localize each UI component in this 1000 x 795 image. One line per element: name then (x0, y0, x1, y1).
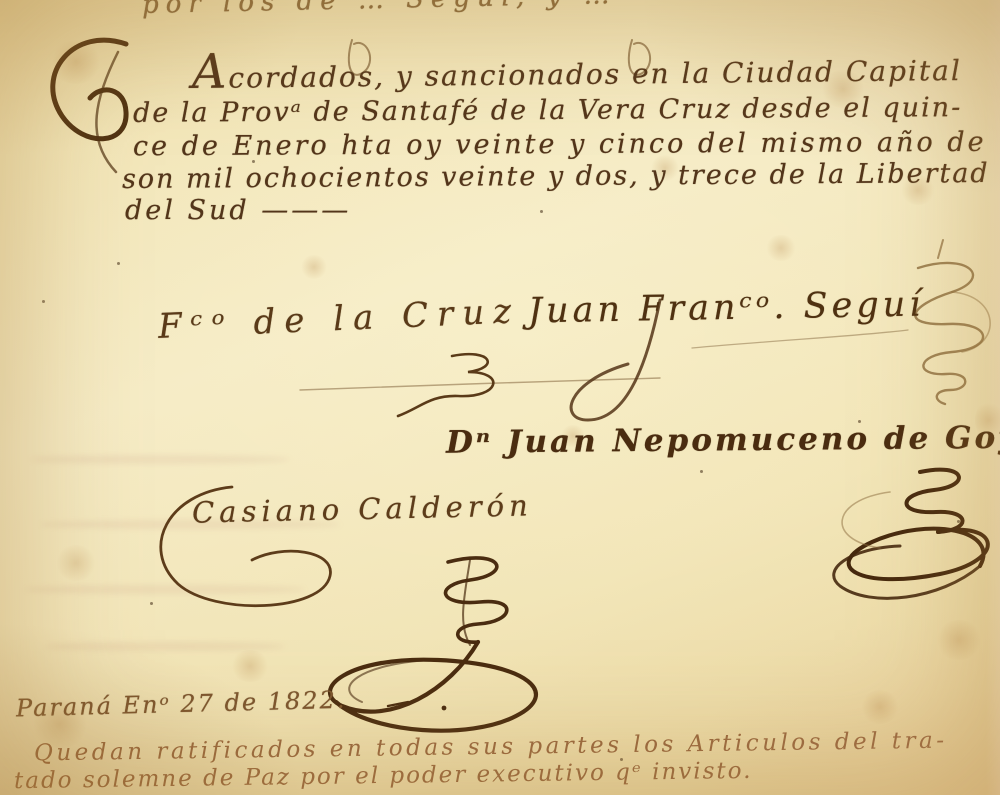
segui-underline (692, 330, 908, 348)
manuscript-page: por los de … Seguí, y … Acordados, y san… (0, 0, 1000, 795)
ink-bleedthrough (25, 585, 305, 594)
age-stain (55, 545, 97, 581)
ink-bleedthrough (45, 642, 285, 651)
body-line-1: Acordados, y sancionados en la Ciudad Ca… (192, 40, 962, 98)
age-stain (765, 235, 797, 261)
ink-bleedthrough (30, 455, 290, 464)
ink-speck (540, 210, 543, 213)
page-edge-highlight (986, 0, 1000, 795)
body-line-4: son mil ochocientos veinte y dos, y trec… (122, 160, 990, 194)
signature-juan-nepomuceno-goytia: Dⁿ Juan Nepomuceno de Goytia (446, 421, 1000, 459)
goytia-spiral-rubric (849, 529, 988, 580)
ink-speck (700, 470, 703, 473)
goytia-spiral-rubric (834, 546, 980, 598)
segui-corkscrew-rubric (952, 292, 990, 352)
ratification-line-1: Quedan ratificados en todas sus partes l… (34, 729, 948, 766)
ink-speck (150, 602, 153, 605)
center-paraph-rubric (330, 642, 536, 731)
age-stain (935, 620, 983, 660)
ink-speck (42, 300, 45, 303)
center-paraph-rubric (463, 560, 470, 645)
cruz-paraph-flourish (398, 354, 493, 416)
body-line-5: del Sud ——— (125, 197, 351, 225)
ink-speck (117, 262, 120, 265)
margin-initial-flourish (96, 52, 118, 172)
cruz-paraph-flourish (300, 378, 660, 390)
segui-corkscrew-rubric (938, 240, 943, 258)
signature-francisco-de-la-cruz: Fᶜᵒ de la Cruz (157, 294, 520, 345)
center-paraph-rubric (442, 706, 447, 711)
age-stain (860, 690, 900, 724)
goytia-spiral-rubric (907, 470, 963, 532)
body-line-2: de la Provᵃ de Santafé de la Vera Cruz d… (133, 94, 962, 128)
ink-speck (957, 520, 960, 523)
age-stain (50, 40, 102, 84)
center-paraph-rubric (349, 660, 430, 702)
signature-casiano-calderon: Casiano Calderón (192, 490, 533, 528)
center-paraph-rubric (446, 558, 507, 642)
age-stain (230, 650, 270, 682)
signature-juan-francisco-segui: Juan Franᶜᵒ. Seguí (528, 287, 925, 331)
dateline: Paraná Enᵒ 27 de 1822. (16, 688, 347, 722)
body-line-3: ce de Enero hta oy veinte y cinco del mi… (133, 129, 987, 162)
margin-initial-flourish (53, 40, 126, 139)
goytia-spiral-rubric (842, 492, 890, 548)
cropped-top-line: por los de … Seguí, y … (142, 0, 617, 19)
center-paraph-rubric (388, 702, 408, 706)
age-stain (300, 255, 328, 279)
segui-corkscrew-rubric (915, 263, 983, 404)
